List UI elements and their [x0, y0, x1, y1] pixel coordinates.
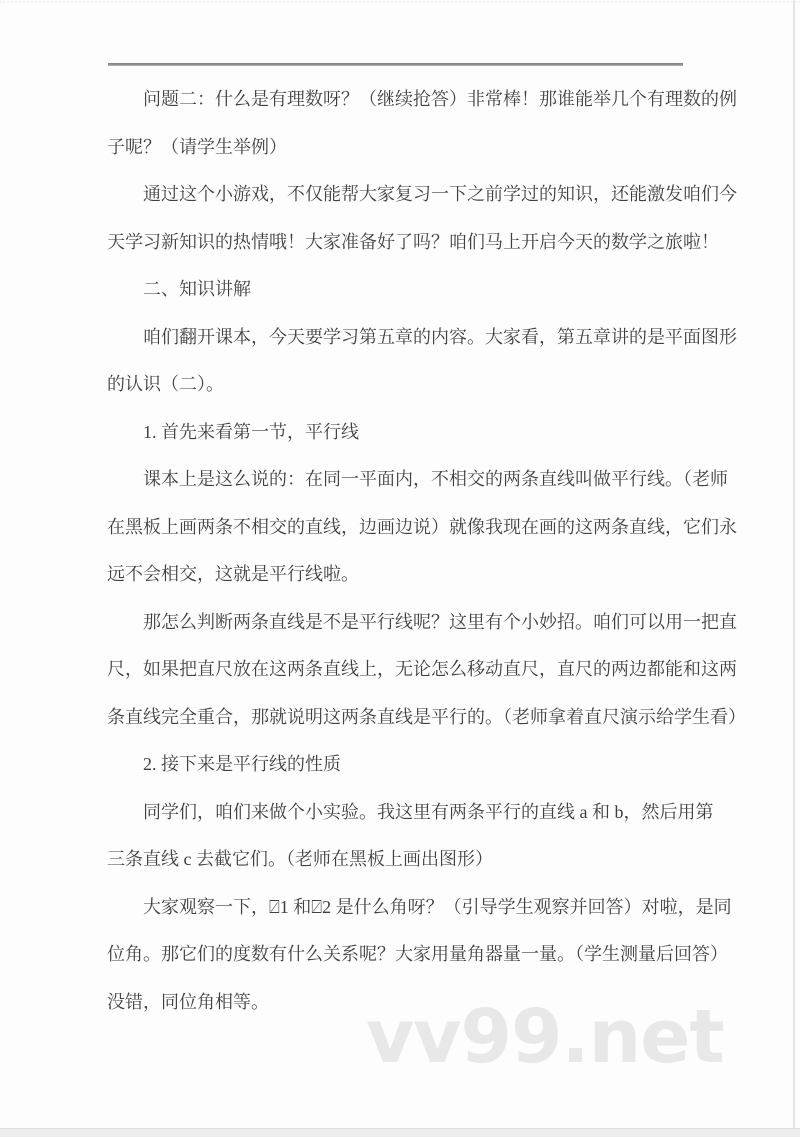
header-separator-line [108, 63, 683, 66]
text-line: 那怎么判断两条直线是不是平行线呢？这里有个小妙招。咱们可以用一把直 [107, 599, 703, 647]
page-top-edge [0, 1, 800, 3]
text-line: 条直线完全重合，那就说明这两条直线是平行的。（老师拿着直尺演示给学生看） [107, 694, 703, 742]
text-line: 同学们，咱们来做个小实验。我这里有两条平行的直线 a 和 b，然后用第 [107, 789, 703, 837]
text-line: 三条直线 c 去截它们。（老师在黑板上画出图形） [107, 836, 703, 884]
text-line: 的认识（二）。 [107, 361, 703, 409]
document-body: 问题二：什么是有理数呀？（继续抢答）非常棒！那谁能举几个有理数的例子呢？（请学生… [107, 76, 703, 1026]
text-line: 2. 接下来是平行线的性质 [107, 741, 703, 789]
document-page: vv99.net 问题二：什么是有理数呀？（继续抢答）非常棒！那谁能举几个有理数… [0, 0, 800, 1137]
text-line: 没错，同位角相等。 [107, 979, 703, 1027]
text-line: 尺，如果把直尺放在这两条直线上，无论怎么移动直尺，直尺的两边都能和这两 [107, 646, 703, 694]
text-line: 天学习新知识的热情哦！大家准备好了吗？咱们马上开启今天的数学之旅啦！ [107, 219, 703, 267]
text-line: 咱们翻开课本，今天要学习第五章的内容。大家看，第五章讲的是平面图形 [107, 314, 703, 362]
text-line: 1. 首先来看第一节，平行线 [107, 409, 703, 457]
text-line: 大家观察一下，⍁1 和⍁2 是什么角呀？（引导学生观察并回答）对啦，是同 [107, 884, 703, 932]
text-line: 远不会相交，这就是平行线啦。 [107, 551, 703, 599]
text-line: 在黑板上画两条不相交的直线，边画边说）就像我现在画的这两条直线，它们永 [107, 504, 703, 552]
text-line: 课本上是这么说的：在同一平面内，不相交的两条直线叫做平行线。（老师 [107, 456, 703, 504]
page-bottom-edge [0, 1128, 800, 1137]
page-right-edge [793, 0, 795, 1137]
text-line: 子呢？（请学生举例） [107, 124, 703, 172]
text-line: 二、知识讲解 [107, 266, 703, 314]
text-line: 通过这个小游戏，不仅能帮大家复习一下之前学过的知识，还能激发咱们今 [107, 171, 703, 219]
text-line: 位角。那它们的度数有什么关系呢？大家用量角器量一量。（学生测量后回答） [107, 931, 703, 979]
text-line: 问题二：什么是有理数呀？（继续抢答）非常棒！那谁能举几个有理数的例 [107, 76, 703, 124]
